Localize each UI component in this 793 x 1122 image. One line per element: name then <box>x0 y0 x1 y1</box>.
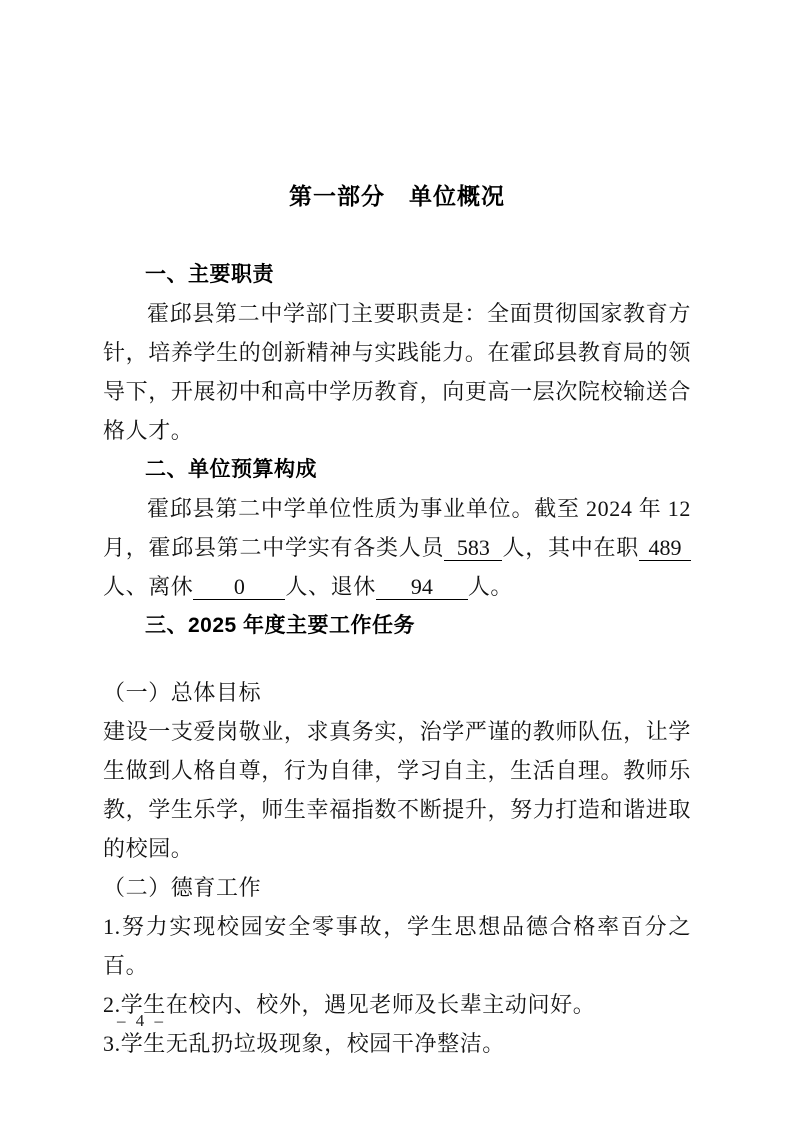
lixiu-staff-value: 0 <box>193 574 285 600</box>
section2-paragraph: 霍邱县第二中学单位性质为事业单位。截至 2024 年 12 月，霍邱县第二中学实… <box>103 489 691 606</box>
document-content: 第一部分 单位概况 一、主要职责 霍邱县第二中学部门主要职责是：全面贯彻国家教育… <box>103 181 691 1063</box>
section2-text-run4: 人、退休 <box>285 574 375 599</box>
document-title: 第一部分 单位概况 <box>103 181 691 211</box>
moral-task-item-3: 3.学生无乱扔垃圾现象，校园干净整洁。 <box>103 1024 691 1063</box>
document-page: 第一部分 单位概况 一、主要职责 霍邱县第二中学部门主要职责是：全面贯彻国家教育… <box>0 0 793 1122</box>
retired-staff-value: 94 <box>376 574 468 600</box>
page-number: – 4 – <box>117 1011 166 1031</box>
subsection1-paragraph: 建设一支爱岗敬业，求真务实，治学严谨的教师队伍，让学生做到人格自尊，行为自律，学… <box>103 712 691 868</box>
section1-heading: 一、主要职责 <box>103 255 691 294</box>
section3-heading: 三、2025 年度主要工作任务 <box>103 606 691 645</box>
moral-task-item-1: 1.努力实现校园安全零事故，学生思想品德合格率百分之百。 <box>103 907 691 985</box>
active-staff-value: 489 <box>639 535 691 561</box>
subsection1-heading: （一）总体目标 <box>103 673 691 712</box>
section2-text-run5: 人。 <box>468 574 513 599</box>
section1-paragraph: 霍邱县第二中学部门主要职责是：全面贯彻国家教育方针，培养学生的创新精神与实践能力… <box>103 294 691 450</box>
total-staff-value: 583 <box>444 535 502 561</box>
section2-text-run3: 人、离休 <box>103 574 193 599</box>
section2-heading: 二、单位预算构成 <box>103 450 691 489</box>
section2-text-run2: 人，其中在职 <box>502 535 639 560</box>
moral-task-item-2: 2.学生在校内、校外，遇见老师及长辈主动问好。 <box>103 985 691 1024</box>
subsection2-heading: （二）德育工作 <box>103 868 691 907</box>
